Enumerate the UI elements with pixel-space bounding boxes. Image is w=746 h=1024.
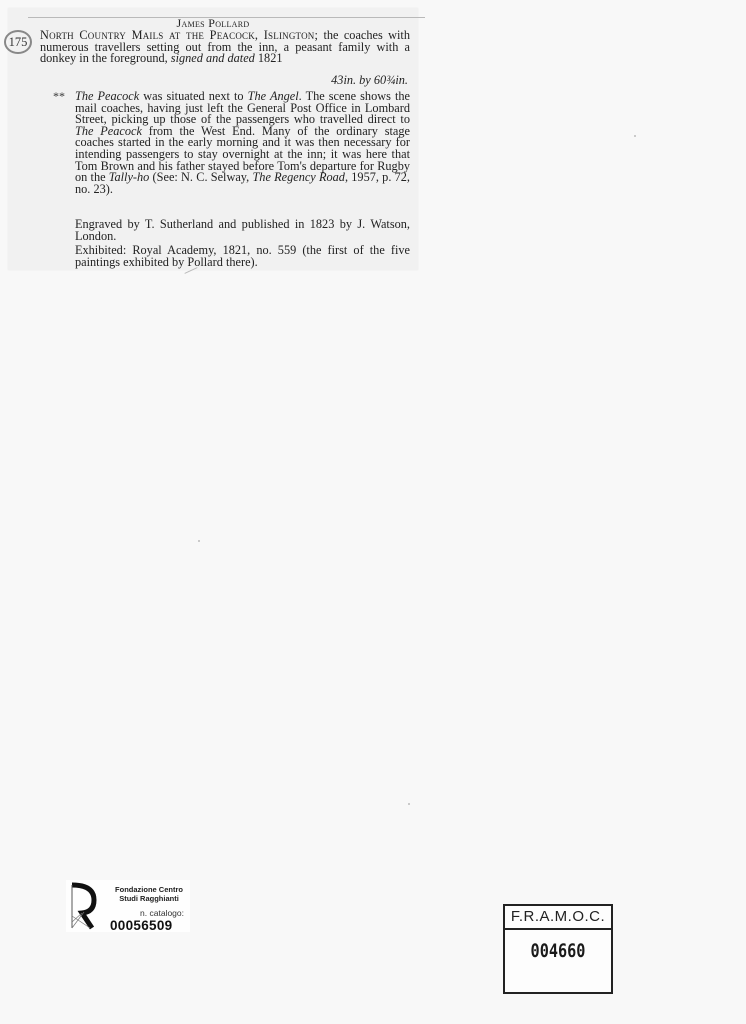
- framoc-stamp: F.R.A.M.O.C. 004660: [503, 904, 613, 994]
- ragghianti-logo-icon: [68, 882, 98, 930]
- entry-number-circled: 175: [4, 30, 32, 54]
- dimensions: 43in. by 60¾in.: [331, 73, 408, 88]
- archive-label: Fondazione Centro Studi Ragghianti n. ca…: [66, 880, 190, 932]
- note-italic-segment: The Regency Road: [252, 170, 345, 184]
- label-organization: Fondazione Centro Studi Ragghianti: [108, 885, 190, 903]
- org-line-1: Fondazione Centro: [108, 885, 190, 894]
- speck: [408, 803, 410, 805]
- catalogue-clipping: James Pollard 175 North Country Mails at…: [8, 8, 418, 270]
- stamp-heading: F.R.A.M.O.C.: [505, 906, 611, 930]
- stamp-number: 004660: [516, 940, 601, 962]
- entry-note: The Peacock was situated next to The Ang…: [75, 91, 410, 195]
- dimensions-text: 43in. by 60¾in.: [331, 73, 408, 87]
- exhibited-info: Exhibited: Royal Academy, 1821, no. 559 …: [75, 245, 410, 268]
- engraved-info: Engraved by T. Sutherland and published …: [75, 219, 410, 242]
- catalog-number: 00056509: [110, 918, 172, 933]
- note-italic-segment: Tally-ho: [109, 170, 150, 184]
- catalog-label: n. catalogo:: [112, 908, 184, 918]
- date-year: 1821: [258, 51, 283, 65]
- speck: [634, 135, 636, 137]
- org-line-2: Studi Ragghianti: [108, 894, 190, 903]
- entry-title: North Country Mails at the Peacock, Isli…: [40, 30, 410, 65]
- speck: [198, 540, 200, 542]
- note-marker-icon: **: [53, 91, 65, 101]
- note-text-segment: (See: N. C. Selway,: [149, 170, 252, 184]
- signed-dated: signed and dated: [171, 51, 255, 65]
